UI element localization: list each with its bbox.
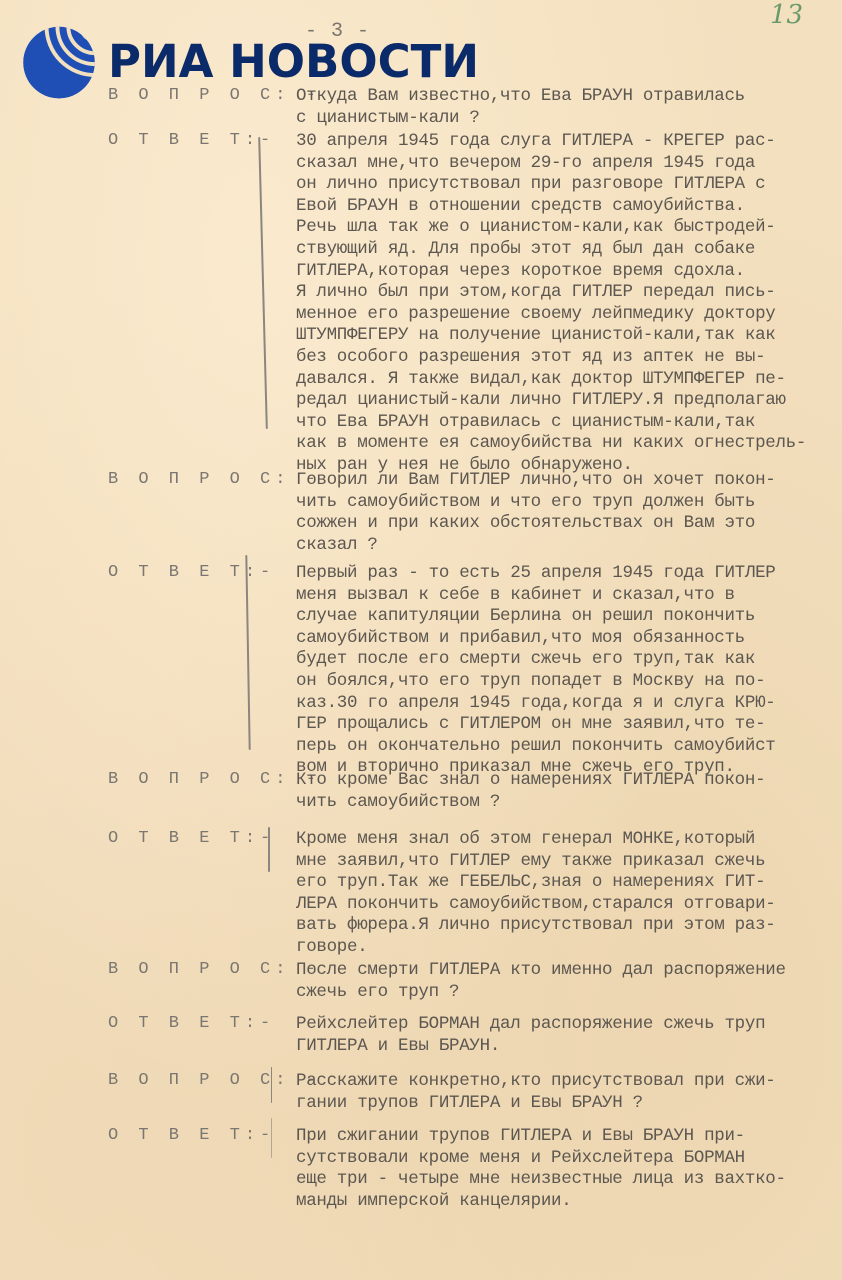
answer-label: О Т В Е Т:- [108, 829, 275, 848]
margin-mark [271, 1118, 272, 1158]
answer-text: 30 апреля 1945 года слуга ГИТЛЕРА - КРЕГ… [296, 131, 842, 477]
question-text: Расскажите конкретно,кто присутствовал п… [296, 1071, 842, 1114]
logo-text: РИА НОВОСТИ [108, 39, 479, 84]
answer-text: Первый раз - то есть 25 апреля 1945 года… [296, 563, 842, 779]
question-text: Говорил ли Вам ГИТЛЕР лично,что он хочет… [296, 470, 842, 556]
answer-label: О Т В Е Т:- [108, 1126, 275, 1145]
answer-text: Кроме меня знал об этом генерал МОНКЕ,ко… [296, 829, 842, 959]
question-text: Откуда Вам известно,что Ева БРАУН отрави… [296, 86, 842, 129]
ria-globe-icon [20, 22, 98, 100]
sheet-number: 13 [770, 0, 803, 30]
question-label: В О П Р О С: - [108, 470, 321, 489]
answer-text: Рейхслейтер БОРМАН дал распоряжение сжеч… [296, 1014, 842, 1057]
margin-mark [268, 827, 270, 872]
answer-label: О Т В Е Т:- [108, 563, 275, 582]
question-label: В О П Р О С: - [108, 86, 321, 105]
question-label: В О П Р О С: - [108, 1071, 321, 1090]
margin-mark [245, 555, 250, 750]
answer-label: О Т В Е Т:- [108, 1014, 275, 1033]
answer-text: При сжигании трупов ГИТЛЕРА и Евы БРАУН … [296, 1126, 842, 1212]
margin-mark [258, 137, 268, 429]
question-label: В О П Р О С: - [108, 770, 321, 789]
question-text: Кто кроме Вас знал о намерениях ГИТЛЕРА … [296, 770, 842, 813]
margin-mark [271, 1067, 272, 1103]
question-text: После смерти ГИТЛЕРА кто именно дал расп… [296, 960, 842, 1003]
question-label: В О П Р О С: - [108, 960, 321, 979]
answer-label: О Т В Е Т:- [108, 131, 275, 150]
